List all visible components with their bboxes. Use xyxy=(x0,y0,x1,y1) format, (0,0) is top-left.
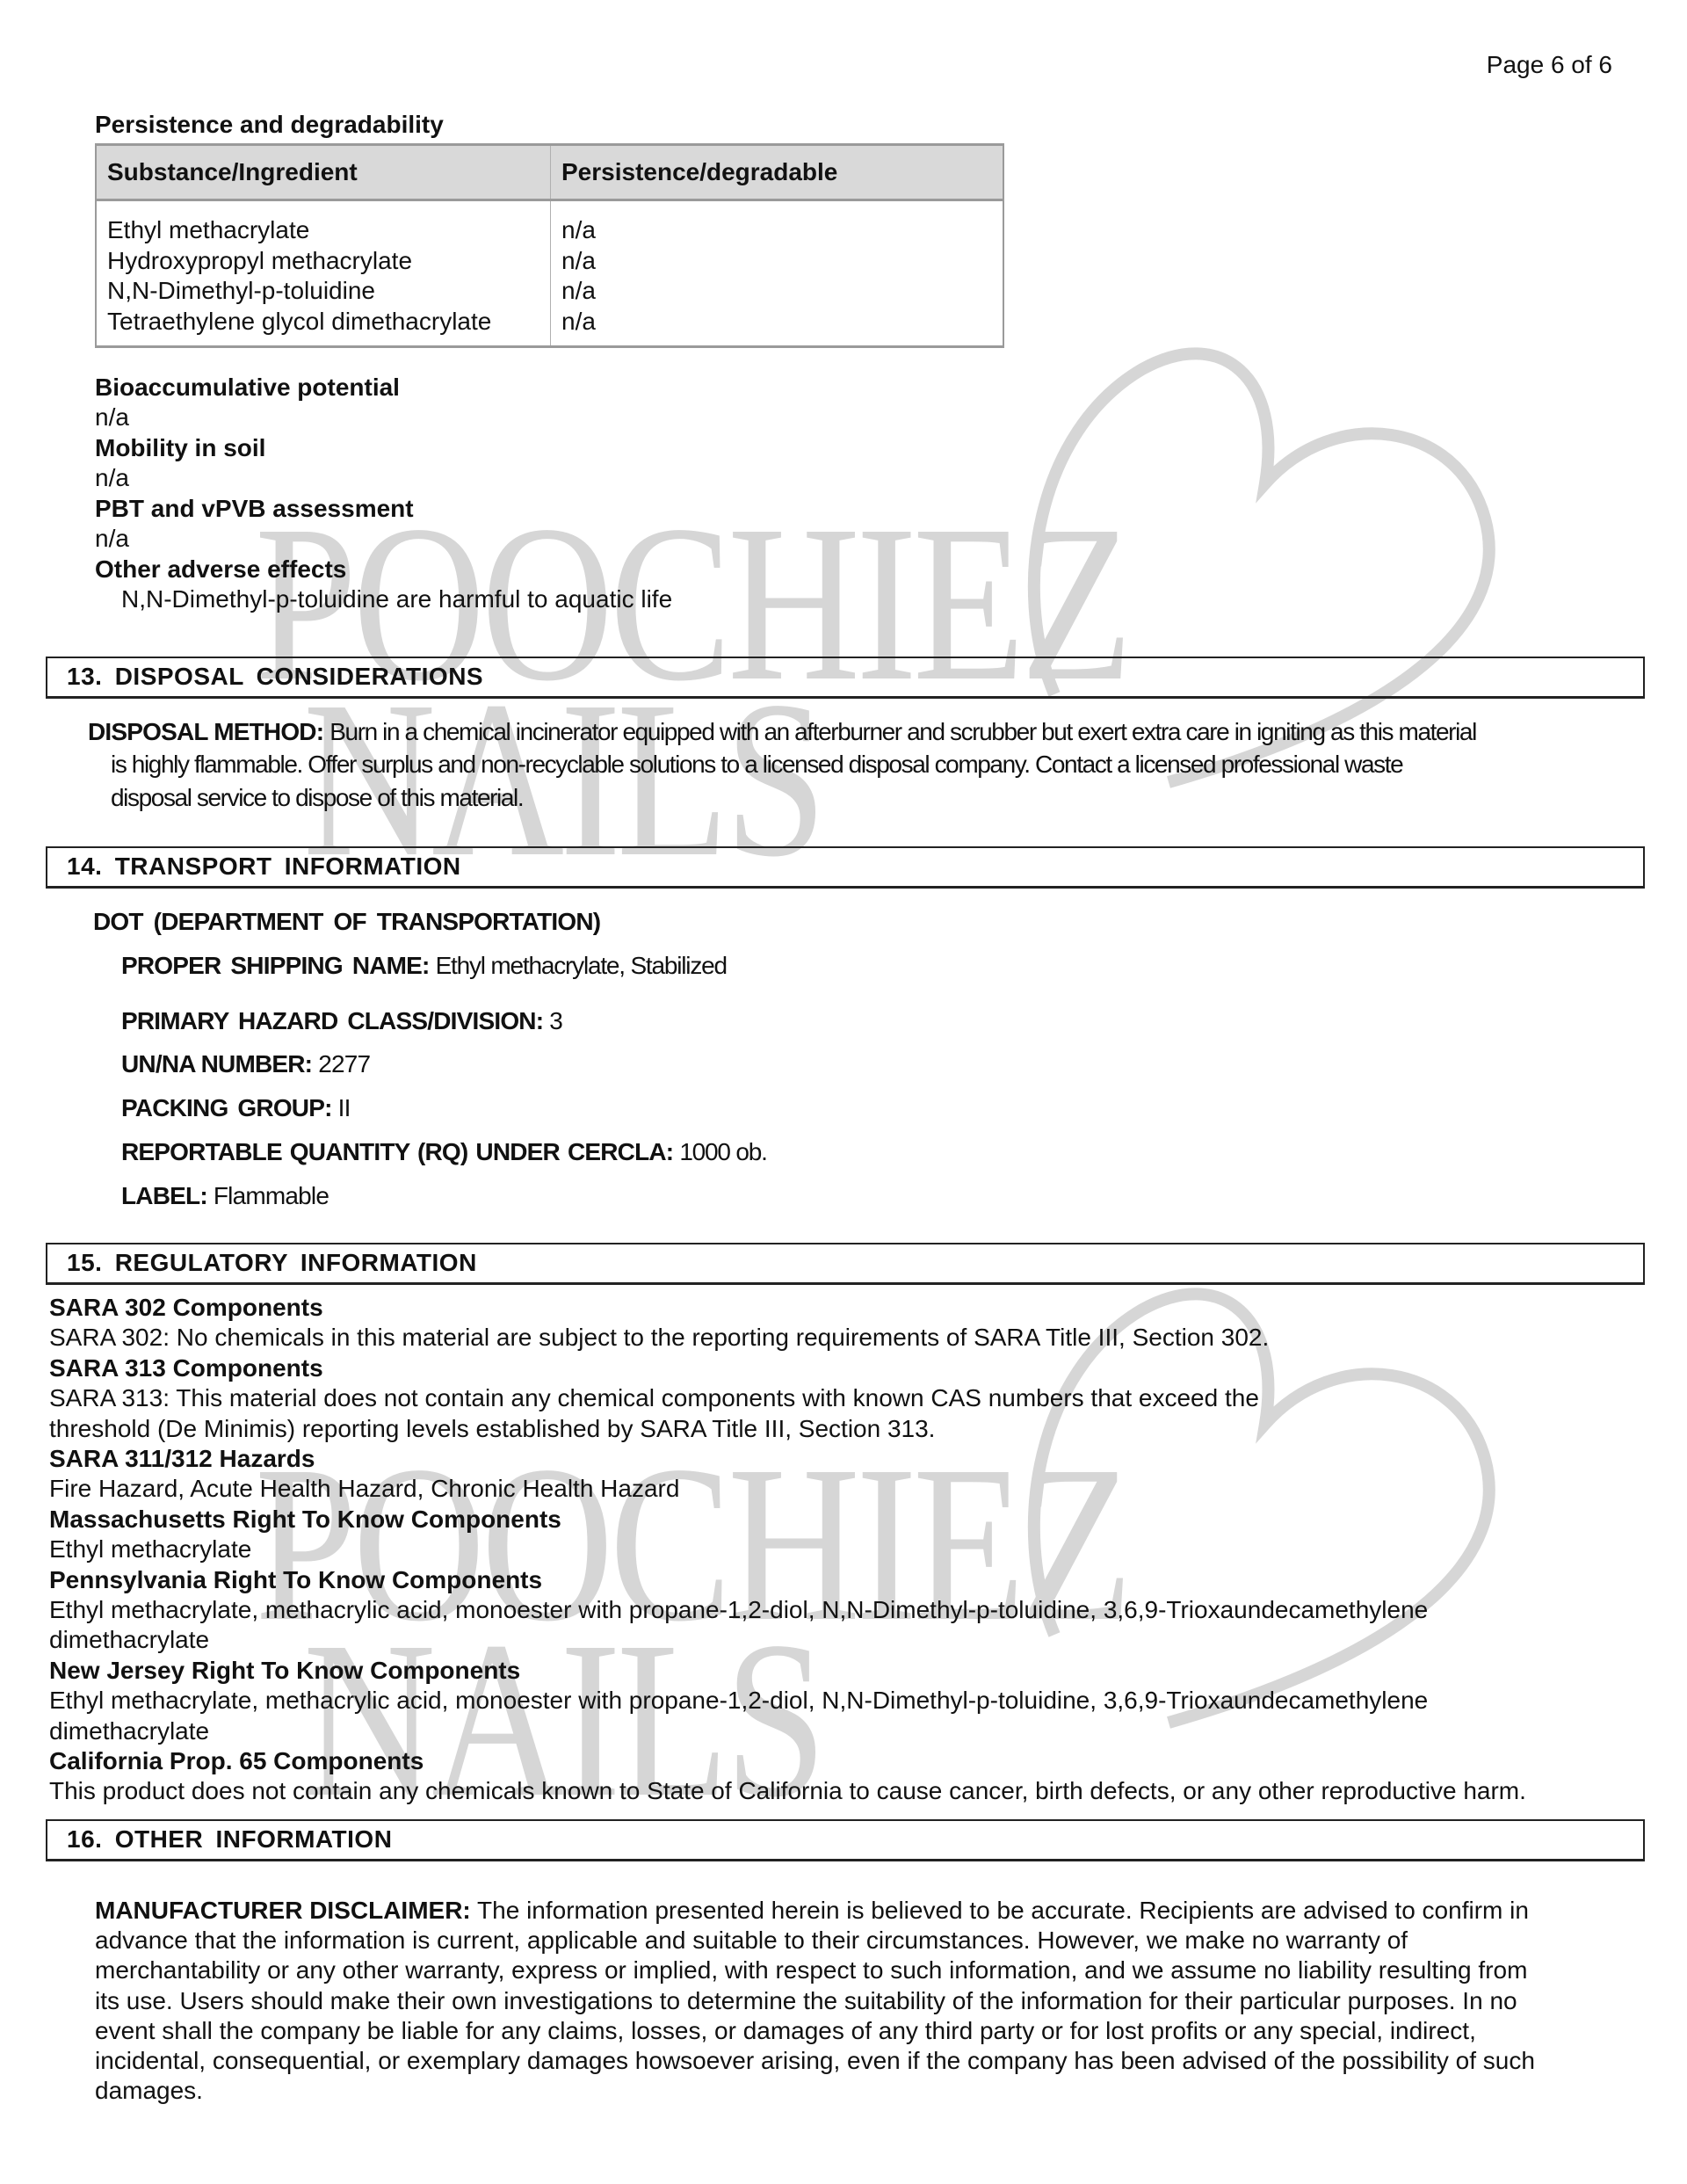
transport-field: LABEL: Flammable xyxy=(121,1181,329,1211)
field-label: UN/NA NUMBER: xyxy=(121,1050,312,1077)
persistence-table: Substance/Ingredient Persistence/degrada… xyxy=(95,143,1004,348)
regulatory-heading: SARA 313 Components xyxy=(49,1353,323,1383)
regulatory-text: Ethyl methacrylate xyxy=(49,1535,251,1564)
regulatory-heading: Pennsylvania Right To Know Components xyxy=(49,1565,542,1595)
disclaimer-line: MANUFACTURER DISCLAIMER: The information… xyxy=(95,1896,1529,1926)
bioaccumulative-heading: Bioaccumulative potential xyxy=(95,373,400,403)
section-13-header: 13. DISPOSAL CONSIDERATIONS xyxy=(46,657,1645,699)
regulatory-heading: New Jersey Right To Know Components xyxy=(49,1656,520,1686)
section-16-header: 16. OTHER INFORMATION xyxy=(46,1819,1645,1861)
regulatory-heading: Massachusetts Right To Know Components xyxy=(49,1505,561,1535)
regulatory-text: threshold (De Minimis) reporting levels … xyxy=(49,1414,935,1444)
section-title: 14. TRANSPORT INFORMATION xyxy=(67,853,461,881)
field-value: Flammable xyxy=(214,1182,329,1209)
field-value: II xyxy=(338,1094,351,1121)
disposal-method-label: DISPOSAL METHOD: xyxy=(88,718,323,745)
disposal-method-text: Burn in a chemical incinerator equipped … xyxy=(329,718,1476,745)
transport-field: REPORTABLE QUANTITY (RQ) UNDER CERCLA: 1… xyxy=(121,1137,767,1167)
disposal-method-text: is highly flammable. Offer surplus and n… xyxy=(111,750,1402,780)
mobility-heading: Mobility in soil xyxy=(95,433,265,463)
transport-field: PRIMARY HAZARD CLASS/DIVISION: 3 xyxy=(121,1006,562,1036)
field-label: PROPER SHIPPING NAME: xyxy=(121,952,430,979)
section-title: 16. OTHER INFORMATION xyxy=(67,1825,392,1854)
persistence-value: n/a xyxy=(561,307,992,337)
persistence-value: n/a xyxy=(561,215,992,246)
disclaimer-text: its use. Users should make their own inv… xyxy=(95,1986,1517,2016)
regulatory-text: SARA 313: This material does not contain… xyxy=(49,1383,1259,1413)
section-14-header: 14. TRANSPORT INFORMATION xyxy=(46,846,1645,889)
document-page: Page 6 of 6 Persistence and degradabilit… xyxy=(0,0,1687,2184)
pbt-value: n/a xyxy=(95,524,129,554)
field-label: PRIMARY HAZARD CLASS/DIVISION: xyxy=(121,1007,543,1034)
section-title: 13. DISPOSAL CONSIDERATIONS xyxy=(67,663,483,691)
adverse-effects-heading: Other adverse effects xyxy=(95,555,346,584)
regulatory-text: dimethacrylate xyxy=(49,1625,209,1655)
field-value: 3 xyxy=(549,1007,562,1034)
field-label: REPORTABLE QUANTITY (RQ) UNDER CERCLA: xyxy=(121,1138,673,1165)
disposal-method-line: DISPOSAL METHOD: Burn in a chemical inci… xyxy=(88,717,1476,747)
substance-name: N,N-Dimethyl-p-toluidine xyxy=(107,276,539,307)
regulatory-text: Fire Hazard, Acute Health Hazard, Chroni… xyxy=(49,1474,679,1504)
mobility-value: n/a xyxy=(95,463,129,493)
transport-field: PROPER SHIPPING NAME: Ethyl methacrylate… xyxy=(121,951,727,981)
disclaimer-text: incidental, consequential, or exemplary … xyxy=(95,2046,1535,2076)
regulatory-text: This product does not contain any chemic… xyxy=(49,1776,1526,1806)
transport-field: UN/NA NUMBER: 2277 xyxy=(121,1049,370,1079)
regulatory-text: Ethyl methacrylate, methacrylic acid, mo… xyxy=(49,1686,1428,1716)
disclaimer-text: The information presented herein is beli… xyxy=(477,1897,1529,1924)
table-header: Persistence/degradable xyxy=(551,145,1004,200)
disclaimer-label: MANUFACTURER DISCLAIMER: xyxy=(95,1897,471,1924)
regulatory-text: Ethyl methacrylate, methacrylic acid, mo… xyxy=(49,1595,1428,1625)
regulatory-text: SARA 302: No chemicals in this material … xyxy=(49,1323,1269,1353)
regulatory-text: dimethacrylate xyxy=(49,1716,209,1746)
substance-name: Hydroxypropyl methacrylate xyxy=(107,246,539,277)
disclaimer-text: damages. xyxy=(95,2076,203,2106)
substance-name: Ethyl methacrylate xyxy=(107,215,539,246)
table-row: Ethyl methacrylate Hydroxypropyl methacr… xyxy=(96,200,1003,347)
persistence-value: n/a xyxy=(561,246,992,277)
transport-field: PACKING GROUP: II xyxy=(121,1093,351,1123)
disposal-method-text: disposal service to dispose of this mate… xyxy=(111,783,523,813)
field-label: LABEL: xyxy=(121,1182,207,1209)
section-title: 15. REGULATORY INFORMATION xyxy=(67,1249,477,1277)
disclaimer-text: advance that the information is current,… xyxy=(95,1926,1408,1955)
field-value: 2277 xyxy=(318,1050,370,1077)
disclaimer-text: event shall the company be liable for an… xyxy=(95,2016,1476,2046)
pbt-heading: PBT and vPVB assessment xyxy=(95,494,414,524)
page-number: Page 6 of 6 xyxy=(1487,50,1612,80)
substance-name: Tetraethylene glycol dimethacrylate xyxy=(107,307,539,337)
dot-heading: DOT (DEPARTMENT OF TRANSPORTATION) xyxy=(93,907,600,937)
field-label: PACKING GROUP: xyxy=(121,1094,332,1121)
disclaimer-text: merchantability or any other warranty, e… xyxy=(95,1955,1527,1985)
regulatory-heading: SARA 302 Components xyxy=(49,1293,323,1323)
regulatory-heading: California Prop. 65 Components xyxy=(49,1746,424,1776)
table-header: Substance/Ingredient xyxy=(96,145,551,200)
bioaccumulative-value: n/a xyxy=(95,403,129,432)
regulatory-heading: SARA 311/312 Hazards xyxy=(49,1444,315,1474)
field-value: 1000 ob. xyxy=(679,1138,766,1165)
section-15-header: 15. REGULATORY INFORMATION xyxy=(46,1243,1645,1285)
field-value: Ethyl methacrylate, Stabilized xyxy=(436,952,727,979)
persistence-value: n/a xyxy=(561,276,992,307)
persistence-heading: Persistence and degradability xyxy=(95,110,444,140)
adverse-effects-value: N,N-Dimethyl-p-toluidine are harmful to … xyxy=(121,584,672,614)
